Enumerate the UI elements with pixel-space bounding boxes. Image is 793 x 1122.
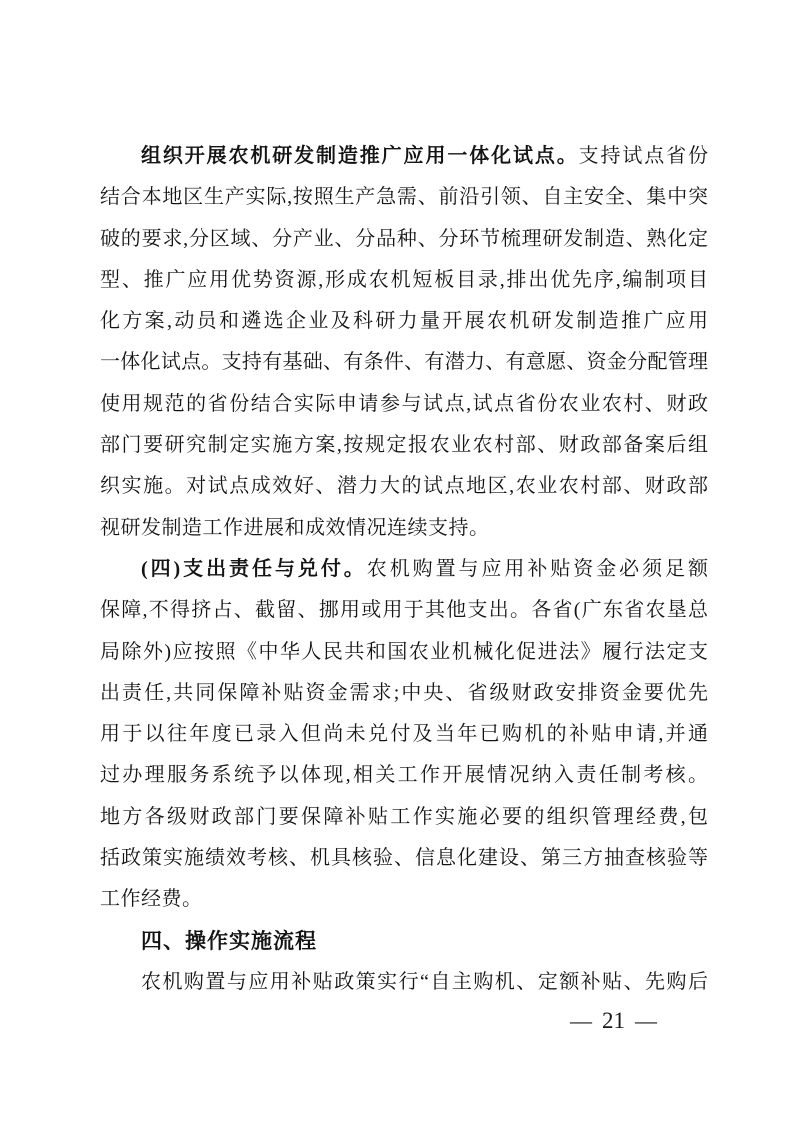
- bold-text-segment: (四)支出责任与兑付。: [141, 558, 367, 580]
- bold-text-segment: 组织开展农机研发制造推广应用一体化试点。: [141, 145, 579, 167]
- text-segment: 织实施。对试点成效好、潜力大的试点地区,农业农村部、财政部: [100, 475, 708, 497]
- page-number-dash-left: —: [570, 1006, 592, 1036]
- page-number: 21: [602, 1006, 625, 1036]
- page-footer: —21—: [560, 1006, 760, 1036]
- text-line: 过办理服务系统予以体现,相关工作开展情况纳入责任制考核。: [100, 755, 708, 796]
- text-segment: 农机购置与应用补贴政策实行“自主购机、定额补贴、先购后: [141, 971, 708, 993]
- bold-text-segment: 四、操作实施流程: [141, 930, 317, 953]
- text-segment: 过办理服务系统予以体现,相关工作开展情况纳入责任制考核。: [100, 764, 708, 786]
- text-segment: 出责任,共同保障补贴资金需求;中央、省级财政安排资金要优先: [100, 682, 708, 704]
- text-segment: 部门要研究制定实施方案,按规定报农业农村部、财政部备案后组: [100, 434, 708, 456]
- text-line: 地方各级财政部门要保障补贴工作实施必要的组织管理经费,包: [100, 797, 708, 838]
- paragraph-lead-line: (四)支出责任与兑付。农机购置与应用补贴资金必须足额: [100, 549, 708, 590]
- text-line: 化方案,动员和遴选企业及科研力量开展农机研发制造推广应用: [100, 301, 708, 342]
- text-segment: 型、推广应用优势资源,形成农机短板目录,排出优先序,编制项目: [100, 269, 708, 291]
- text-segment: 括政策实施绩效考核、机具核验、信息化建设、第三方抽查核验等: [100, 847, 708, 869]
- text-line: 破的要求,分区域、分产业、分品种、分环节梳理研发制造、熟化定: [100, 219, 708, 260]
- text-segment: 用于以往年度已录入但尚未兑付及当年已购机的补贴申请,并通: [100, 723, 708, 745]
- text-line: 一体化试点。支持有基础、有条件、有潜力、有意愿、资金分配管理: [100, 342, 708, 383]
- text-segment: 破的要求,分区域、分产业、分品种、分环节梳理研发制造、熟化定: [100, 228, 708, 250]
- paragraph-end-line: 工作经费。: [100, 879, 708, 920]
- text-line: 农机购置与应用补贴政策实行“自主购机、定额补贴、先购后: [100, 962, 708, 1003]
- text-line: 出责任,共同保障补贴资金需求;中央、省级财政安排资金要优先: [100, 673, 708, 714]
- text-segment: 化方案,动员和遴选企业及科研力量开展农机研发制造推广应用: [100, 310, 708, 332]
- page-number-dash-right: —: [635, 1006, 657, 1036]
- text-segment: 一体化试点。支持有基础、有条件、有潜力、有意愿、资金分配管理: [100, 351, 708, 373]
- text-line: 括政策实施绩效考核、机具核验、信息化建设、第三方抽查核验等: [100, 838, 708, 879]
- text-segment: 局除外)应按照《中华人民共和国农业机械化促进法》履行法定支: [100, 641, 708, 663]
- document-page: 组织开展农机研发制造推广应用一体化试点。支持试点省份结合本地区生产实际,按照生产…: [0, 0, 793, 1122]
- text-segment: 农机购置与应用补贴资金必须足额: [367, 558, 708, 580]
- text-line: 使用规范的省份结合实际申请参与试点,试点省份农业农村、财政: [100, 384, 708, 425]
- section-heading: 四、操作实施流程: [100, 921, 708, 962]
- document-text-block: 组织开展农机研发制造推广应用一体化试点。支持试点省份结合本地区生产实际,按照生产…: [100, 136, 708, 1003]
- text-line: 局除外)应按照《中华人民共和国农业机械化促进法》履行法定支: [100, 632, 708, 673]
- paragraph-lead-line: 组织开展农机研发制造推广应用一体化试点。支持试点省份: [100, 136, 708, 177]
- text-segment: 结合本地区生产实际,按照生产急需、前沿引领、自主安全、集中突: [100, 186, 708, 208]
- paragraph-end-line: 视研发制造工作进展和成效情况连续支持。: [100, 508, 708, 549]
- text-line: 织实施。对试点成效好、潜力大的试点地区,农业农村部、财政部: [100, 466, 708, 507]
- text-line: 部门要研究制定实施方案,按规定报农业农村部、财政部备案后组: [100, 425, 708, 466]
- text-segment: 支持试点省份: [579, 145, 708, 167]
- text-segment: 使用规范的省份结合实际申请参与试点,试点省份农业农村、财政: [100, 393, 708, 415]
- text-segment: 地方各级财政部门要保障补贴工作实施必要的组织管理经费,包: [100, 806, 708, 828]
- text-segment: 工作经费。: [100, 888, 203, 910]
- text-line: 保障,不得挤占、截留、挪用或用于其他支出。各省(广东省农垦总: [100, 590, 708, 631]
- text-line: 型、推广应用优势资源,形成农机短板目录,排出优先序,编制项目: [100, 260, 708, 301]
- text-line: 用于以往年度已录入但尚未兑付及当年已购机的补贴申请,并通: [100, 714, 708, 755]
- text-segment: 视研发制造工作进展和成效情况连续支持。: [100, 517, 490, 539]
- text-line: 结合本地区生产实际,按照生产急需、前沿引领、自主安全、集中突: [100, 177, 708, 218]
- text-segment: 保障,不得挤占、截留、挪用或用于其他支出。各省(广东省农垦总: [100, 599, 708, 621]
